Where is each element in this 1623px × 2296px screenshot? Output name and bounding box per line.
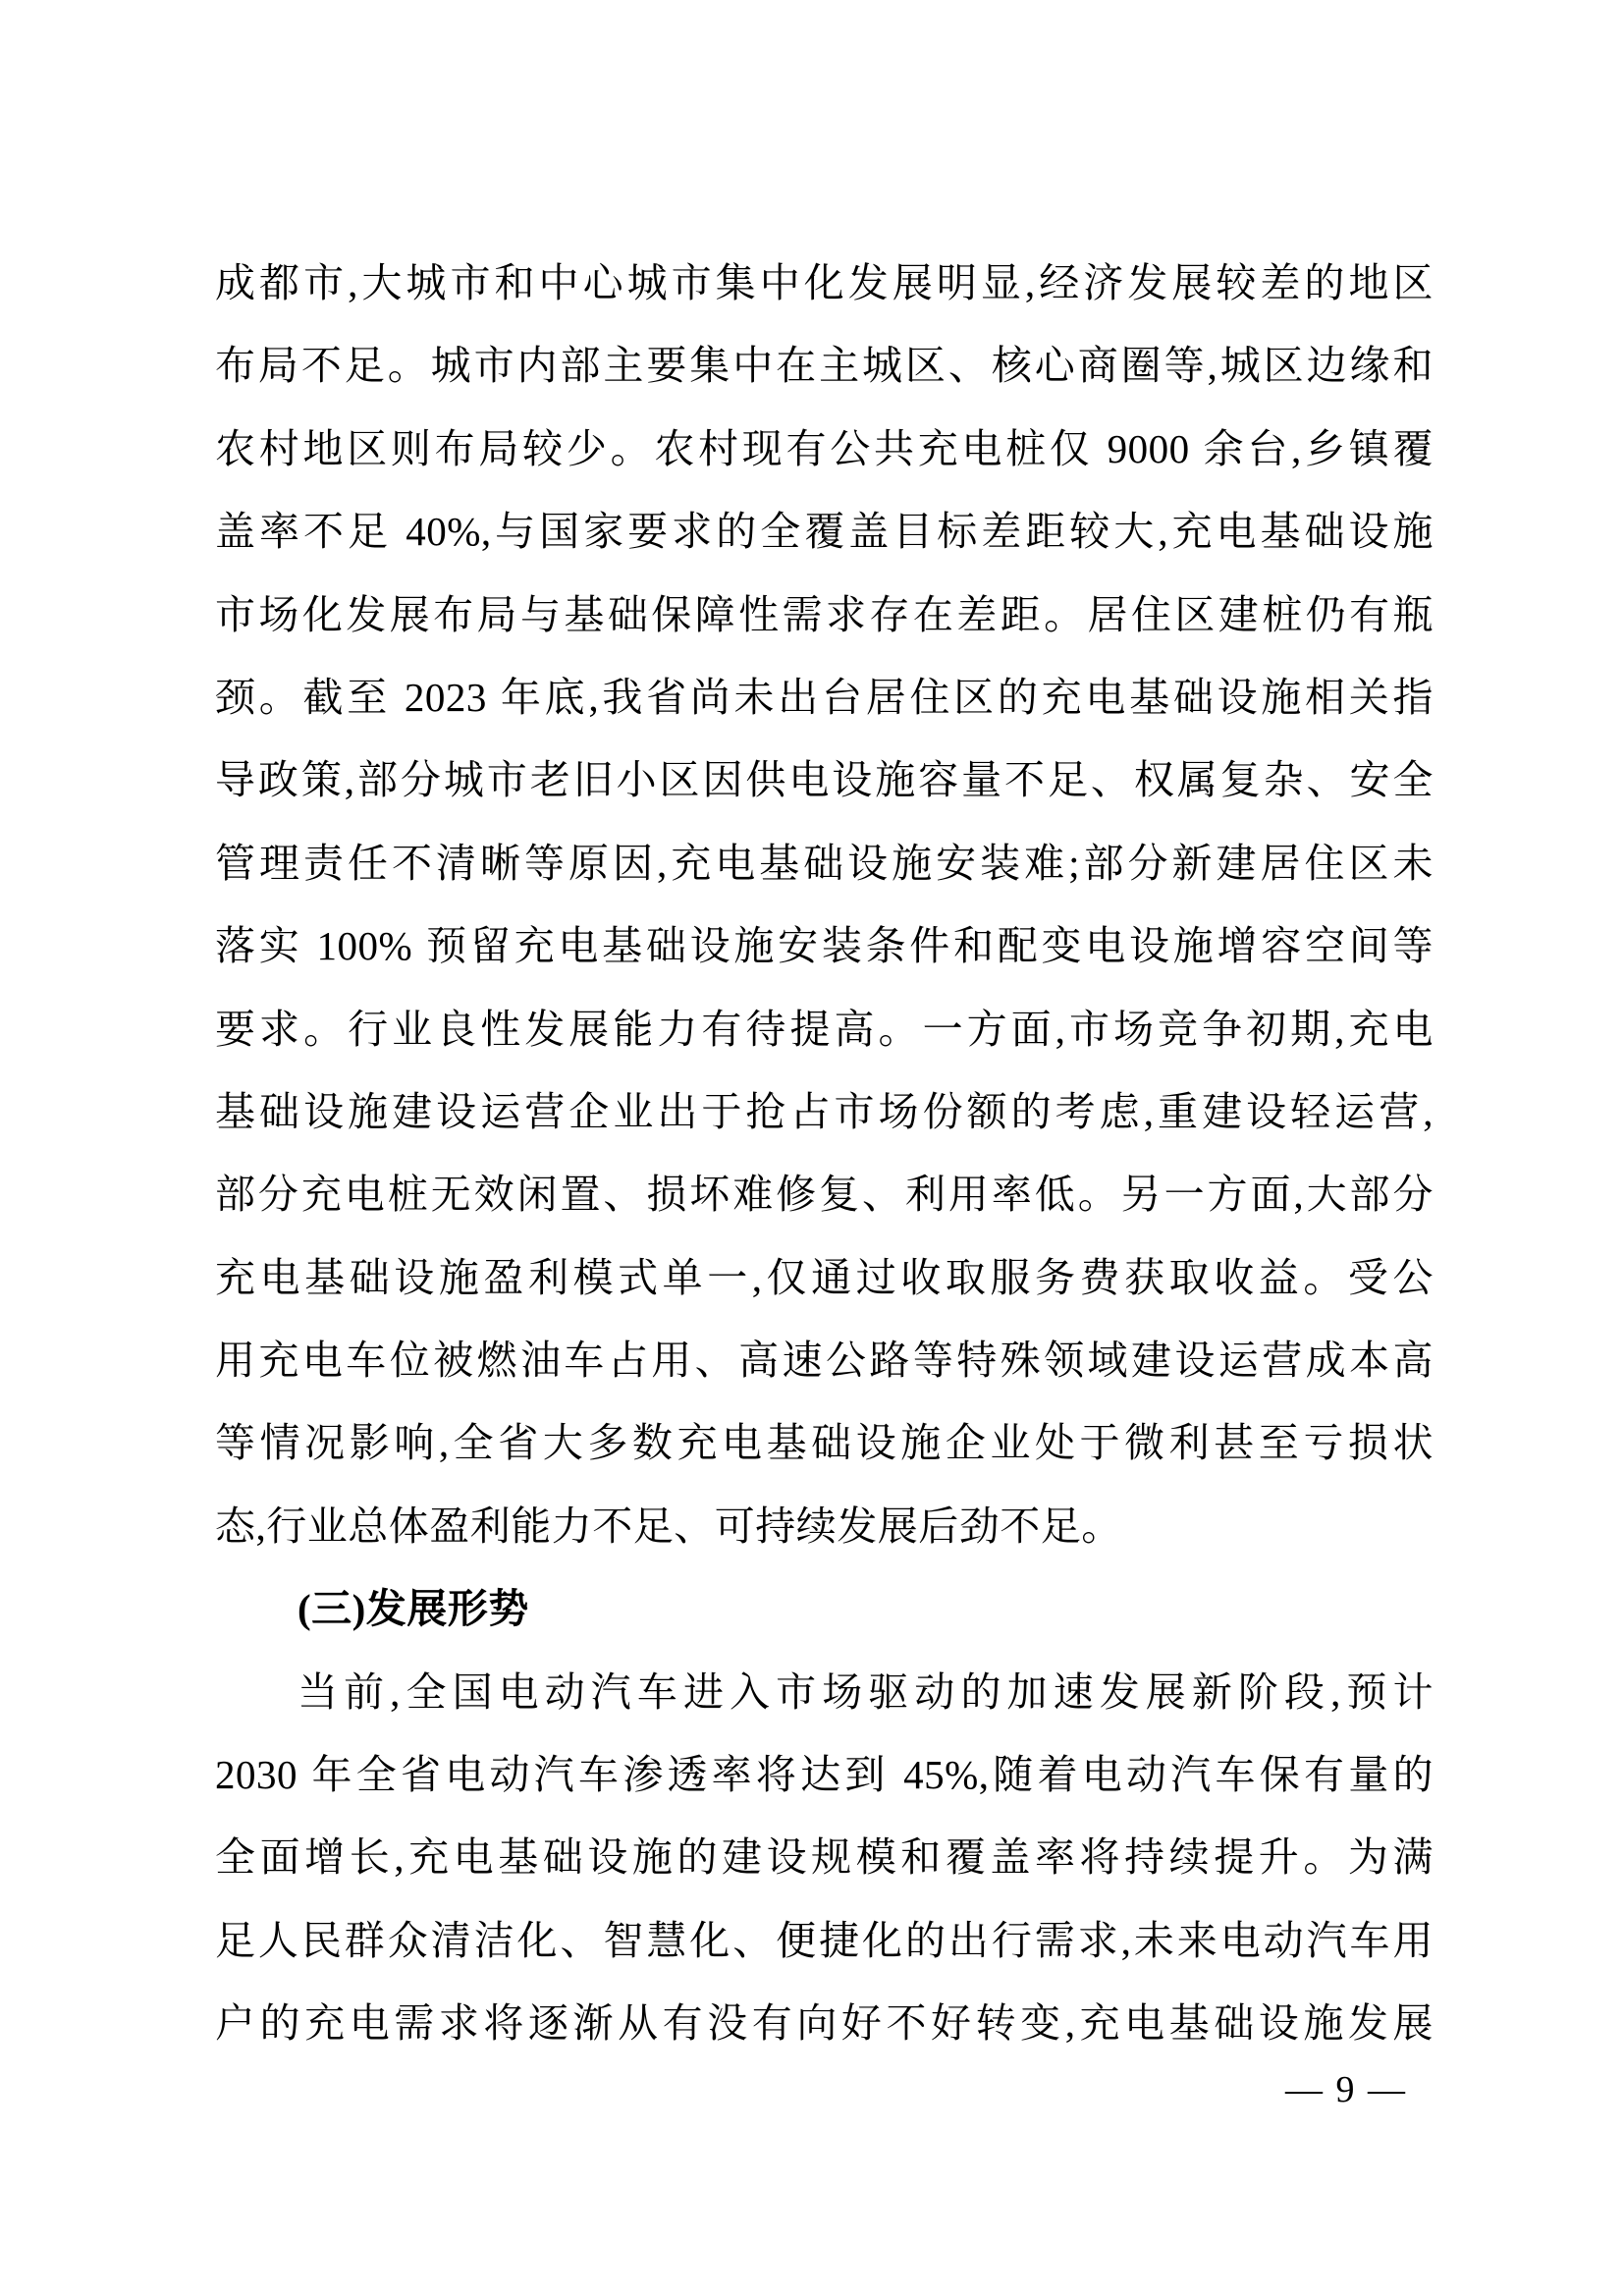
- body-line: 足人民群众清洁化、智慧化、便捷化的出行需求,未来电动汽车用: [215, 1899, 1434, 1982]
- document-page: 成都市,大城市和中心城市集中化发展明显,经济发展较差的地区 布局不足。城市内部主…: [0, 0, 1623, 2296]
- body-line: 市场化发展布局与基础保障性需求存在差距。居住区建桩仍有瓶: [215, 574, 1434, 656]
- body-line: 2030 年全省电动汽车渗透率将达到 45%,随着电动汽车保有量的: [215, 1733, 1434, 1816]
- page-number: — 9 —: [1285, 2068, 1407, 2111]
- body-line: 布局不足。城市内部主要集中在主城区、核心商圈等,城区边缘和: [215, 324, 1434, 407]
- body-line: 部分充电桩无效闲置、损坏难修复、利用率低。另一方面,大部分: [215, 1153, 1434, 1235]
- section-heading: (三)发展形势: [215, 1567, 1434, 1650]
- body-line: 户的充电需求将逐渐从有没有向好不好转变,充电基础设施发展: [215, 1982, 1434, 2064]
- body-line: 颈。截至 2023 年底,我省尚未出台居住区的充电基础设施相关指: [215, 656, 1434, 738]
- body-line: 全面增长,充电基础设施的建设规模和覆盖率将持续提升。为满: [215, 1816, 1434, 1898]
- body-line: 落实 100% 预留充电基础设施安装条件和配变电设施增容空间等: [215, 904, 1434, 987]
- body-line: 要求。行业良性发展能力有待提高。一方面,市场竞争初期,充电: [215, 988, 1434, 1070]
- body-text-block: 成都市,大城市和中心城市集中化发展明显,经济发展较差的地区 布局不足。城市内部主…: [215, 242, 1434, 2065]
- body-line: 当前,全国电动汽车进入市场驱动的加速发展新阶段,预计: [215, 1651, 1434, 1733]
- body-line: 盖率不足 40%,与国家要求的全覆盖目标差距较大,充电基础设施: [215, 490, 1434, 573]
- body-line: 农村地区则布局较少。农村现有公共充电桩仅 9000 余台,乡镇覆: [215, 408, 1434, 490]
- body-line: 用充电车位被燃油车占用、高速公路等特殊领域建设运营成本高: [215, 1319, 1434, 1401]
- body-line: 态,行业总体盈利能力不足、可持续发展后劲不足。: [215, 1485, 1434, 1567]
- body-line: 充电基础设施盈利模式单一,仅通过收取服务费获取收益。受公: [215, 1236, 1434, 1319]
- body-line: 等情况影响,全省大多数充电基础设施企业处于微利甚至亏损状: [215, 1401, 1434, 1484]
- body-line: 成都市,大城市和中心城市集中化发展明显,经济发展较差的地区: [215, 242, 1434, 324]
- body-line: 导政策,部分城市老旧小区因供电设施容量不足、权属复杂、安全: [215, 738, 1434, 821]
- body-line: 管理责任不清晰等原因,充电基础设施安装难;部分新建居住区未: [215, 822, 1434, 904]
- body-line: 基础设施建设运营企业出于抢占市场份额的考虑,重建设轻运营,: [215, 1070, 1434, 1153]
